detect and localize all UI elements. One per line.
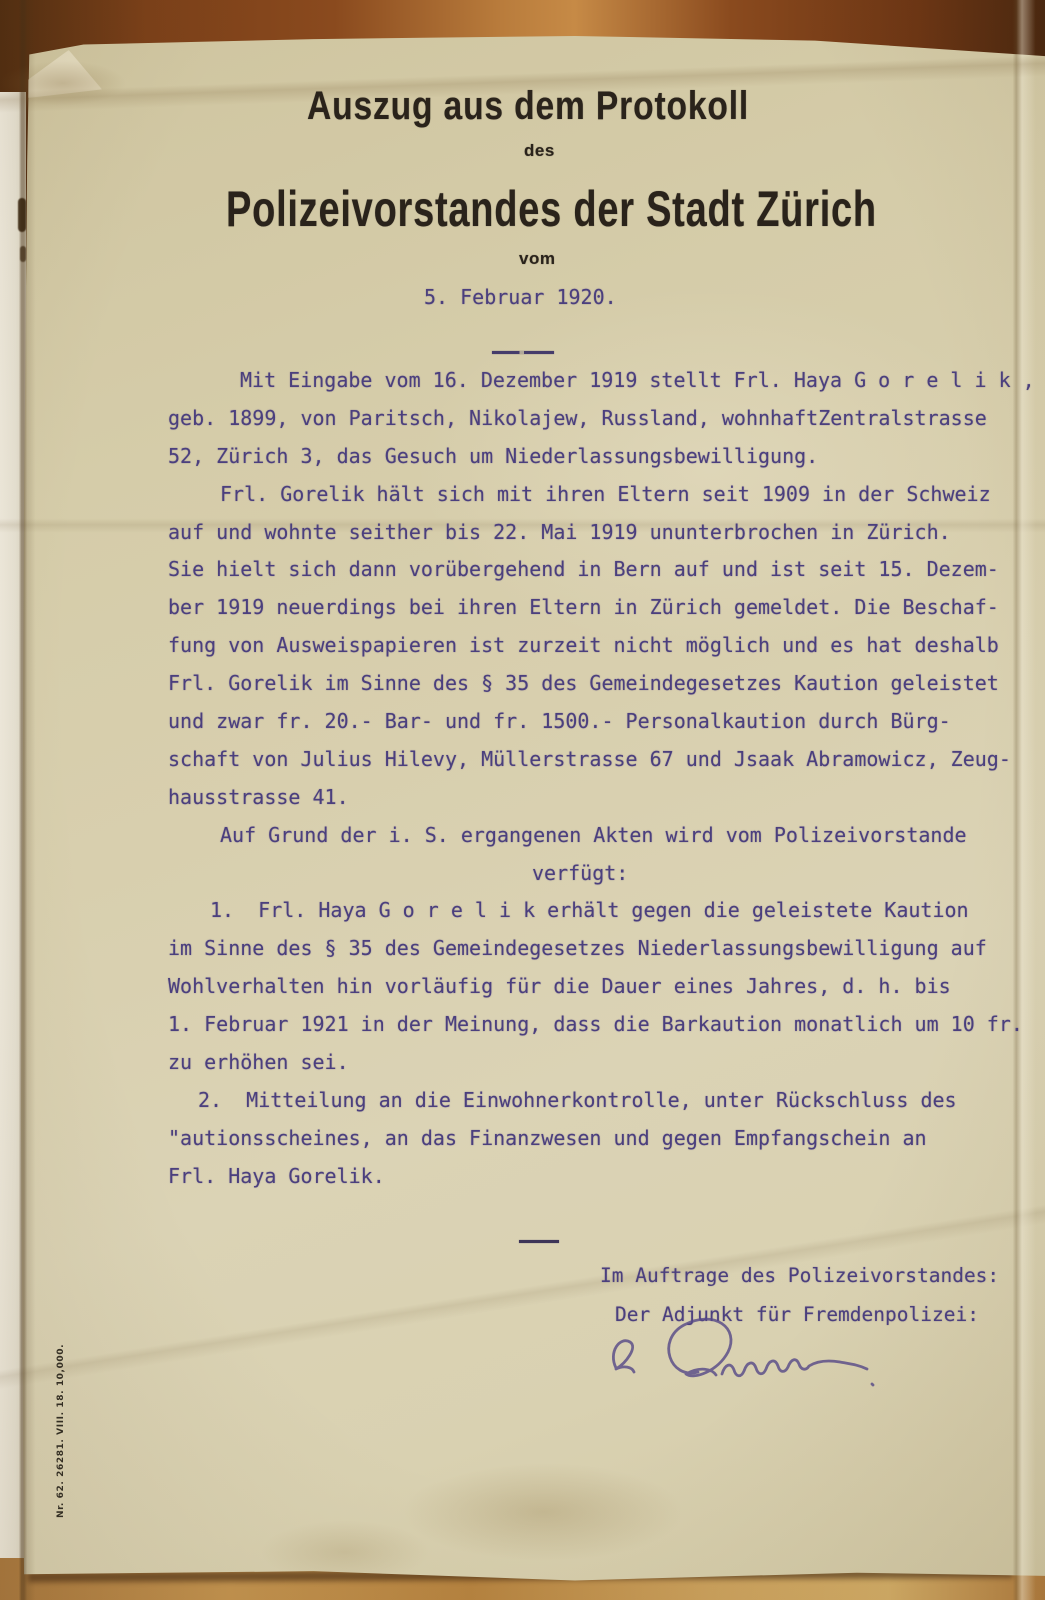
text-line: geb. 1899, von Paritsch, Nikolajew, Russ…: [168, 406, 1038, 444]
title-connector-des: des: [524, 141, 555, 161]
protocol-date: 5. Februar 1920.: [424, 285, 617, 309]
closing-authority-line: Im Auftrage des Polizeivorstandes:: [600, 1264, 999, 1303]
text-line: auf und wohnte seither bis 22. Mai 1919 …: [168, 520, 1038, 558]
text-line: Sie hielt sich dann vorübergehend in Ber…: [168, 557, 1038, 595]
text-line: 52, Zürich 3, das Gesuch um Niederlassun…: [168, 444, 1038, 482]
text-line: zu erhöhen sei.: [168, 1050, 1038, 1088]
text-line: 2. Mitteilung an die Einwohnerkontrolle,…: [168, 1088, 1038, 1126]
underlying-sheet-edge: [0, 92, 26, 1558]
document-title: Auszug aus dem Protokoll: [307, 84, 749, 129]
text-line: Mit Eingabe vom 16. Dezember 1919 stellt…: [168, 368, 1038, 406]
text-line: "autionsscheines, an das Finanzwesen und…: [168, 1126, 1038, 1164]
binding-mark: [20, 246, 26, 262]
text-line: verfügt:: [168, 861, 1038, 899]
text-line: im Sinne des § 35 des Gemeindegesetzes N…: [168, 936, 1038, 974]
issuing-authority-title: Polizeivorstandes der Stadt Zürich: [226, 180, 877, 238]
text-line: 1. Frl. Haya G o r e l i k erhält gegen …: [168, 898, 1038, 936]
binding-mark: [18, 198, 26, 232]
text-line: fung von Ausweispapieren ist zurzeit nic…: [168, 633, 1038, 671]
text-line: und zwar fr. 20.- Bar- und fr. 1500.- Pe…: [168, 709, 1038, 747]
typed-divider: [492, 351, 554, 354]
title-connector-vom: vom: [519, 249, 555, 269]
photograph-of-document: { "colors": { "paper": "#d6cdab", "typew…: [0, 0, 1045, 1600]
text-line: 1. Februar 1921 in der Meinung, dass die…: [168, 1012, 1038, 1050]
text-line: Auf Grund der i. S. ergangenen Akten wir…: [168, 823, 1038, 861]
text-line: hausstrasse 41.: [168, 785, 1038, 823]
typewritten-body: Mit Eingabe vom 16. Dezember 1919 stellt…: [168, 368, 1038, 1202]
printers-imprint: Nr. 62. 26281. VIII. 18. 10,000.: [56, 1344, 66, 1518]
text-line: Wohlverhalten hin vorläufig für die Daue…: [168, 974, 1038, 1012]
text-line: Frl. Gorelik im Sinne des § 35 des Gemei…: [168, 671, 1038, 709]
typed-divider: [519, 1240, 559, 1243]
handwritten-signature: [582, 1312, 892, 1398]
text-line: Frl. Gorelik hält sich mit ihren Eltern …: [168, 482, 1038, 520]
text-line: schaft von Julius Hilevy, Müllerstrasse …: [168, 747, 1038, 785]
text-line: Frl. Haya Gorelik.: [168, 1164, 1038, 1202]
text-line: ber 1919 neuerdings bei ihren Eltern in …: [168, 595, 1038, 633]
